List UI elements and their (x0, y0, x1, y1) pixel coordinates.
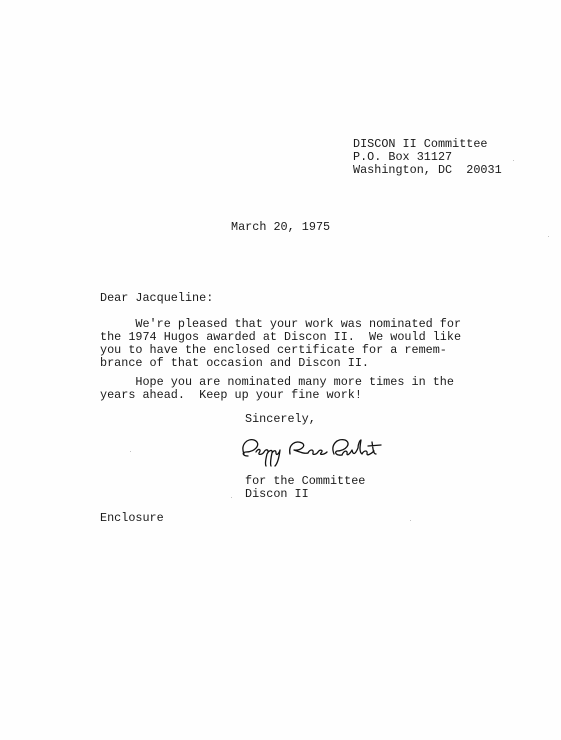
scan-speck (130, 451, 131, 452)
scan-speck (548, 236, 549, 237)
paragraph-line: years ahead. Keep up your fine work! (100, 389, 454, 402)
letter-page: DISCON II Committee P.O. Box 31127 Washi… (0, 0, 561, 740)
scan-speck (410, 520, 411, 521)
paragraph-2: Hope you are nominated many more times i… (100, 376, 454, 402)
scan-speck (513, 160, 514, 161)
paragraph-line: brance of that occasion and Discon II. (100, 357, 461, 370)
paragraph-1: We're pleased that your work was nominat… (100, 318, 461, 370)
handwritten-signature (238, 434, 398, 468)
signer-line: Discon II (245, 488, 365, 501)
return-address-line: Washington, DC 20031 (353, 164, 502, 177)
salutation: Dear Jacqueline: (100, 292, 213, 305)
return-address: DISCON II Committee P.O. Box 31127 Washi… (353, 138, 502, 177)
signer-block: for the Committee Discon II (245, 475, 365, 501)
letter-date: March 20, 1975 (231, 221, 330, 234)
closing: Sincerely, (245, 413, 316, 426)
scan-speck (231, 497, 232, 498)
enclosure-note: Enclosure (100, 512, 164, 525)
